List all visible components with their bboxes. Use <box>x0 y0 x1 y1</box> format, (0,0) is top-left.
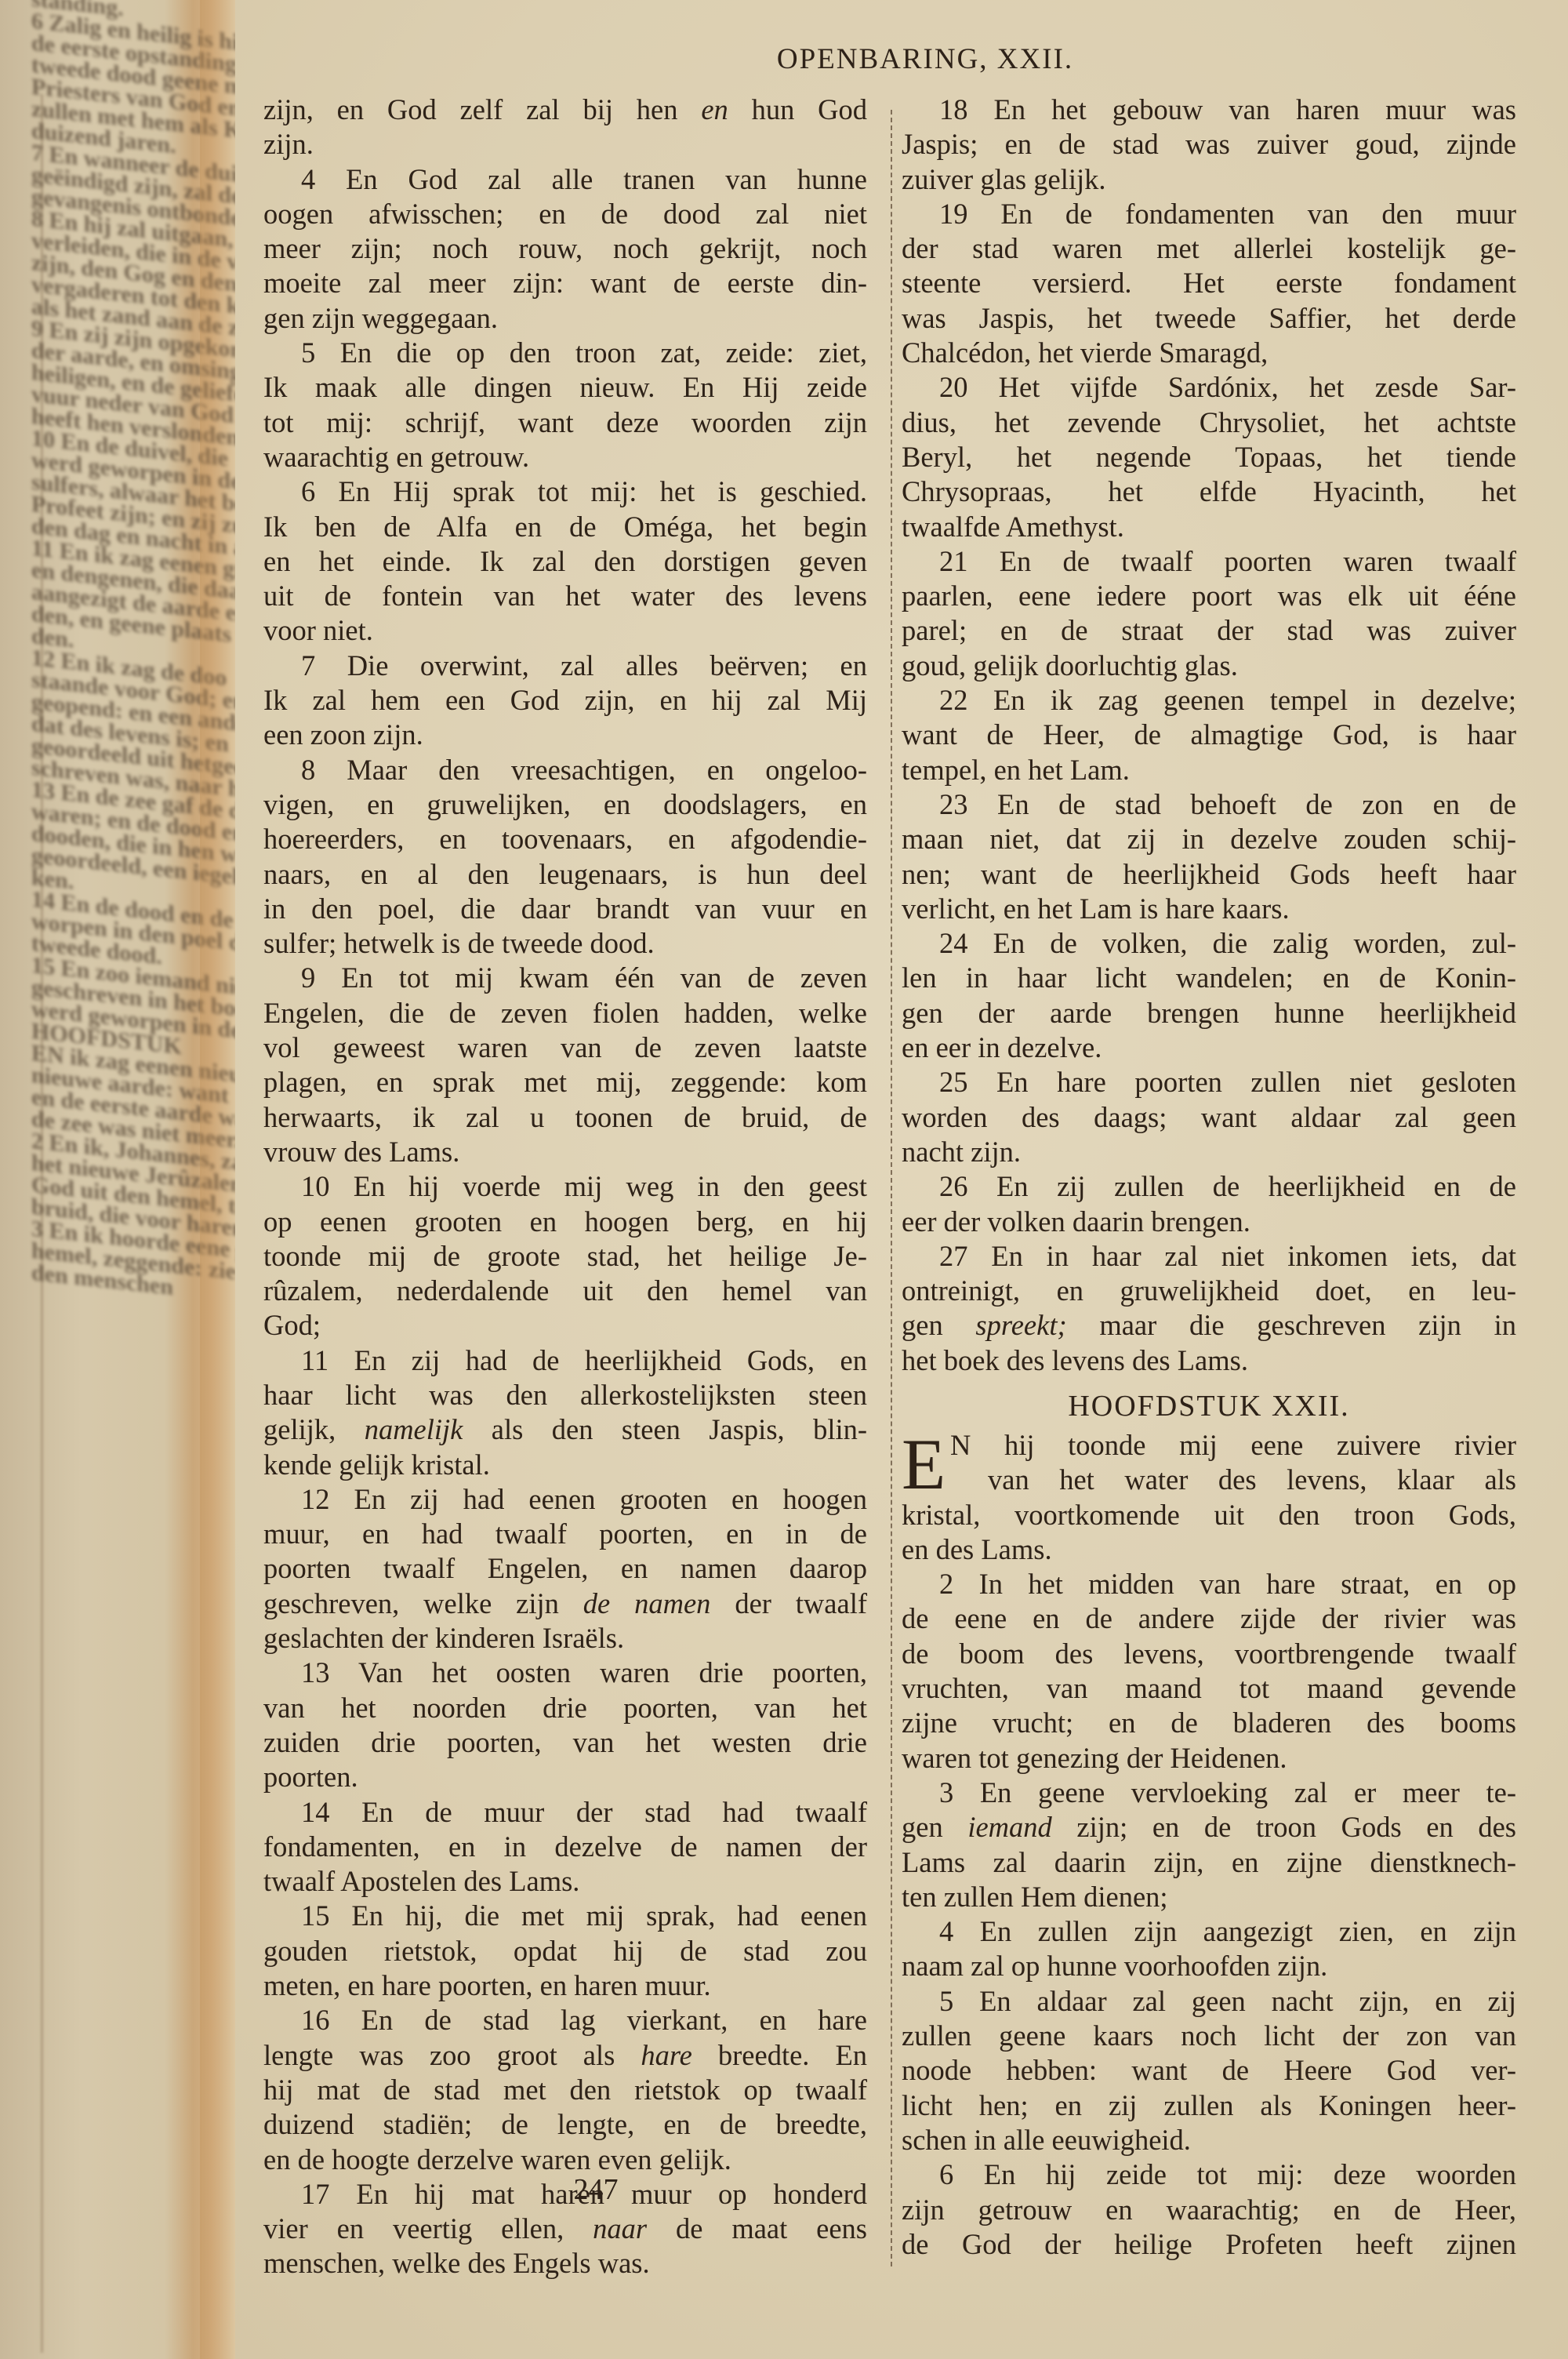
chapter-opening: E N hij toonde mij eene zuivere rivier v… <box>902 1428 1516 1498</box>
text-line: 23 En de stad behoeft de zon en de <box>902 787 1516 822</box>
text-line: vier en veertig ellen, naar de maat eens <box>263 2212 867 2246</box>
text-line: 10 En hij voerde mij weg in den geest <box>263 1169 867 1204</box>
text-line: gen iemand zijn; en de troon Gods en des <box>902 1810 1516 1845</box>
text-line: 8 Maar den vreesachtigen, en ongeloo- <box>263 753 867 787</box>
text-line: 18 En het gebouw van haren muur was <box>902 93 1516 127</box>
text-line: fondamenten, en in dezelve de namen der <box>263 1830 867 1864</box>
text-line: 6 En Hij sprak tot mij: het is geschied. <box>263 474 867 509</box>
text-line: gouden rietstok, opdat hij de stad zou <box>263 1934 867 1968</box>
text-line: zuiver glas gelijk. <box>902 162 1516 197</box>
text-line: toonde mij de groote stad, het heilige J… <box>263 1239 867 1274</box>
text-line: eer der volken daarin brengen. <box>902 1205 1516 1239</box>
text-line: N hij toonde mij eene zuivere rivier <box>902 1428 1516 1463</box>
text-line: en het einde. Ik zal den dorstigen geven <box>263 544 867 579</box>
text-line: de eene en de andere zijde der rivier wa… <box>902 1601 1516 1636</box>
text-line: rûzalem, nederdalende uit den hemel van <box>263 1274 867 1308</box>
text-line: 22 En ik zag geenen tempel in dezelve; <box>902 683 1516 718</box>
text-line: naam zal op hunne voorhoofden zijn. <box>902 1949 1516 1983</box>
italic-text: naar <box>593 2212 647 2245</box>
text-line: moeite zal meer zijn: want de eerste din… <box>263 266 867 300</box>
adjacent-page-curl: standing.6 Zalig en heilig is hijde eers… <box>0 0 235 2359</box>
text-line: worden des daags; want aldaar zal geen <box>902 1100 1516 1135</box>
text-line: 13 Van het oosten waren drie poorten, <box>263 1656 867 1690</box>
text-line: in den poel, die daar brandt van vuur en <box>263 892 867 926</box>
text-line: noode hebben: want de Heere God ver- <box>902 2053 1516 2088</box>
italic-text: hare <box>641 2039 692 2071</box>
text-line: steente versierd. Het eerste fondament <box>902 266 1516 300</box>
text-line: voor niet. <box>263 613 867 648</box>
text-line: meer zijn; noch rouw, noch gekrijt, noch <box>263 231 867 266</box>
text-line: Lams zal daarin zijn, en zijne dienstkne… <box>902 1845 1516 1880</box>
text-line: 14 En de muur der stad had twaalf <box>263 1795 867 1830</box>
text-line: maan niet, dat zij in dezelve zouden sch… <box>902 822 1516 856</box>
adjacent-page-text: standing.6 Zalig en heilig is hijde eers… <box>31 0 212 1305</box>
text-line: Ik maak alle dingen nieuw. En Hij zeide <box>263 370 867 405</box>
text-line: poorten twaalf Engelen, en namen daarop <box>263 1551 867 1586</box>
text-line: 3 En geene vervloeking zal er meer te- <box>902 1776 1516 1810</box>
text-line: parel; en de straat der stad was zuiver <box>902 613 1516 648</box>
italic-text: namelijk <box>365 1413 463 1445</box>
right-column: 18 En het gebouw van haren muur wasJaspi… <box>902 93 1516 2262</box>
text-line: goud, gelijk doorluchtig glas. <box>902 649 1516 683</box>
italic-text: de namen <box>583 1587 711 1619</box>
text-line: op eenen grooten en hoogen berg, en hij <box>263 1205 867 1239</box>
text-line: kende gelijk kristal. <box>263 1448 867 1482</box>
text-line: de boom des levens, voortbrengende twaal… <box>902 1637 1516 1671</box>
text-line: zijn, en God zelf zal bij hen en hun God <box>263 93 867 127</box>
text-line: vigen, en gruwelijken, en doodslagers, e… <box>263 787 867 822</box>
text-line: was Jaspis, het tweede Saffier, het derd… <box>902 301 1516 336</box>
text-line: herwaarts, ik zal u toonen de bruid, de <box>263 1100 867 1135</box>
text-line: Ik ben de Alfa en de Oméga, het begin <box>263 510 867 544</box>
text-line: zullen geene kaars noch licht der zon va… <box>902 2019 1516 2053</box>
text-line: 25 En hare poorten zullen niet gesloten <box>902 1065 1516 1100</box>
text-line: dius, het zevende Chrysoliet, het achtst… <box>902 405 1516 440</box>
text-line: muur, en had twaalf poorten, en in de <box>263 1517 867 1551</box>
text-line: 16 En de stad lag vierkant, en hare <box>263 2003 867 2037</box>
text-line: ten zullen Hem dienen; <box>902 1880 1516 1914</box>
right-column-verses-ch22: kristal, voortkomende uit den troon Gods… <box>902 1498 1516 2263</box>
italic-text: iemand <box>967 1811 1051 1843</box>
text-line: oogen afwisschen; en de dood zal niet <box>263 197 867 231</box>
text-line: 19 En de fondamenten van den muur <box>902 197 1516 231</box>
text-line: schen in alle eeuwigheid. <box>902 2123 1516 2157</box>
text-line: naars, en al den leugenaars, is hun deel <box>263 857 867 892</box>
text-line: geslachten der kinderen Israëls. <box>263 1621 867 1656</box>
text-line: 15 En hij, die met mij sprak, had eenen <box>263 1899 867 1933</box>
text-line: 4 En zullen zijn aangezigt zien, en zijn <box>902 1914 1516 1949</box>
text-line: Jaspis; en de stad was zuiver goud, zijn… <box>902 127 1516 162</box>
text-line: hij mat de stad met den rietstok op twaa… <box>263 2073 867 2107</box>
text-line: der stad waren met allerlei kostelijk ge… <box>902 231 1516 266</box>
text-line: Chalcédon, het vierde Smaragd, <box>902 336 1516 370</box>
right-column-verses-ch21: 18 En het gebouw van haren muur wasJaspi… <box>902 93 1516 1378</box>
text-line: kristal, voortkomende uit den troon Gods… <box>902 1498 1516 1532</box>
italic-text: spreekt; <box>975 1309 1066 1341</box>
text-line: vol geweest waren van de zeven laatste <box>263 1030 867 1065</box>
column-divider <box>891 110 892 2266</box>
text-line: gelijk, namelijk als den steen Jaspis, b… <box>263 1412 867 1447</box>
text-line: 21 En de twaalf poorten waren twaalf <box>902 544 1516 579</box>
text-line: uit de fontein van het water des levens <box>263 579 867 613</box>
text-line: nacht zijn. <box>902 1135 1516 1169</box>
text-line: Ik zal hem een God zijn, en hij zal Mij <box>263 683 867 718</box>
text-line: zijne vrucht; en de bladeren des booms <box>902 1706 1516 1740</box>
text-line: zijn. <box>263 127 867 162</box>
text-line: paarlen, eene iedere poort was elk uit é… <box>902 579 1516 613</box>
page-number: 247 <box>549 2172 643 2207</box>
text-line: van het water des levens, klaar als <box>902 1463 1516 1497</box>
text-line: 27 En in haar zal niet inkomen iets, dat <box>902 1239 1516 1274</box>
text-line: sulfer; hetwelk is de tweede dood. <box>263 926 867 961</box>
text-line: zuiden drie poorten, van het westen drie <box>263 1725 867 1760</box>
text-line: 11 En zij had de heerlijkheid Gods, en <box>263 1343 867 1378</box>
text-line: en des Lams. <box>902 1532 1516 1567</box>
text-line: gen spreekt; maar die geschreven zijn in <box>902 1308 1516 1343</box>
text-line: zijn getrouw en waarachtig; en de Heer, <box>902 2193 1516 2227</box>
chapter-heading: HOOFDSTUK XXII. <box>902 1389 1516 1423</box>
text-line: plagen, en sprak met mij, zeggende: kom <box>263 1065 867 1100</box>
text-line: 24 En de volken, die zalig worden, zul- <box>902 926 1516 961</box>
text-line: hoereerders, en toovenaars, en afgodendi… <box>263 822 867 856</box>
text-line: twaalfde Amethyst. <box>902 510 1516 544</box>
text-line: God; <box>263 1308 867 1343</box>
text-line: ontreinigt, en gruwelijkheid doet, en le… <box>902 1274 1516 1308</box>
text-line: 5 En aldaar zal geen nacht zijn, en zij <box>902 1984 1516 2019</box>
text-line: waarachtig en getrouw. <box>263 440 867 474</box>
text-line: 20 Het vijfde Sardónix, het zesde Sar- <box>902 370 1516 405</box>
text-line: Engelen, die de zeven fiolen hadden, wel… <box>263 996 867 1030</box>
text-line: tempel, en het Lam. <box>902 753 1516 787</box>
text-line: 6 En hij zeide tot mij: deze woorden <box>902 2157 1516 2192</box>
text-line: lengte was zoo groot als hare breedte. E… <box>263 2038 867 2073</box>
text-line: 9 En tot mij kwam één van de zeven <box>263 961 867 995</box>
text-line: nen; want de heerlijkheid Gods heeft haa… <box>902 857 1516 892</box>
italic-text: en <box>701 93 728 125</box>
text-line: geschreven, welke zijn de namen der twaa… <box>263 1587 867 1621</box>
text-line: tot mij: schrijf, want deze woorden zijn <box>263 405 867 440</box>
text-line: poorten. <box>263 1760 867 1794</box>
text-line: waren tot genezing der Heidenen. <box>902 1741 1516 1776</box>
text-line: vruchten, van maand tot maand gevende <box>902 1671 1516 1706</box>
text-line: 26 En zij zullen de heerlijkheid en de <box>902 1169 1516 1204</box>
text-line: verlicht, en het Lam is hare kaars. <box>902 892 1516 926</box>
text-line: meten, en hare poorten, en haren muur. <box>263 1968 867 2003</box>
text-line: menschen, welke des Engels was. <box>263 2246 867 2281</box>
page-curl-shadow <box>200 0 235 2359</box>
text-line: de God der heilige Profeten heeft zijnen <box>902 2227 1516 2262</box>
text-line: een zoon zijn. <box>263 718 867 752</box>
text-line: van het noorden drie poorten, van het <box>263 1691 867 1725</box>
running-head: OPENBARING, XXII. <box>706 42 1145 76</box>
drop-cap: E <box>902 1433 946 1496</box>
text-line: 12 En zij had eenen grooten en hoogen <box>263 1482 867 1517</box>
text-line: het boek des levens des Lams. <box>902 1343 1516 1378</box>
text-line: 5 En die op den troon zat, zeide: ziet, <box>263 336 867 370</box>
text-line: twaalf Apostelen des Lams. <box>263 1864 867 1899</box>
left-column: zijn, en God zelf zal bij hen en hun God… <box>263 93 867 2281</box>
text-line: want de Heer, de almagtige God, is haar <box>902 718 1516 752</box>
text-line: licht hen; en zij zullen als Koningen he… <box>902 2088 1516 2123</box>
text-line: Beryl, het negende Topaas, het tiende <box>902 440 1516 474</box>
text-line: len in haar licht wandelen; en de Konin- <box>902 961 1516 995</box>
text-line: vrouw des Lams. <box>263 1135 867 1169</box>
text-line: 2 In het midden van hare straat, en op <box>902 1567 1516 1601</box>
text-line: en eer in dezelve. <box>902 1030 1516 1065</box>
text-line: 4 En God zal alle tranen van hunne <box>263 162 867 197</box>
text-line: gen der aarde brengen hunne heerlijkheid <box>902 996 1516 1030</box>
text-line: Chrysopraas, het elfde Hyacinth, het <box>902 474 1516 509</box>
text-line: 7 Die overwint, zal alles beërven; en <box>263 649 867 683</box>
text-line: gen zijn weggegaan. <box>263 301 867 336</box>
text-line: haar licht was den allerkostelijksten st… <box>263 1378 867 1412</box>
text-line: duizend stadiën; de lengte, en de breedt… <box>263 2107 867 2142</box>
book-page: standing.6 Zalig en heilig is hijde eers… <box>0 0 1568 2359</box>
